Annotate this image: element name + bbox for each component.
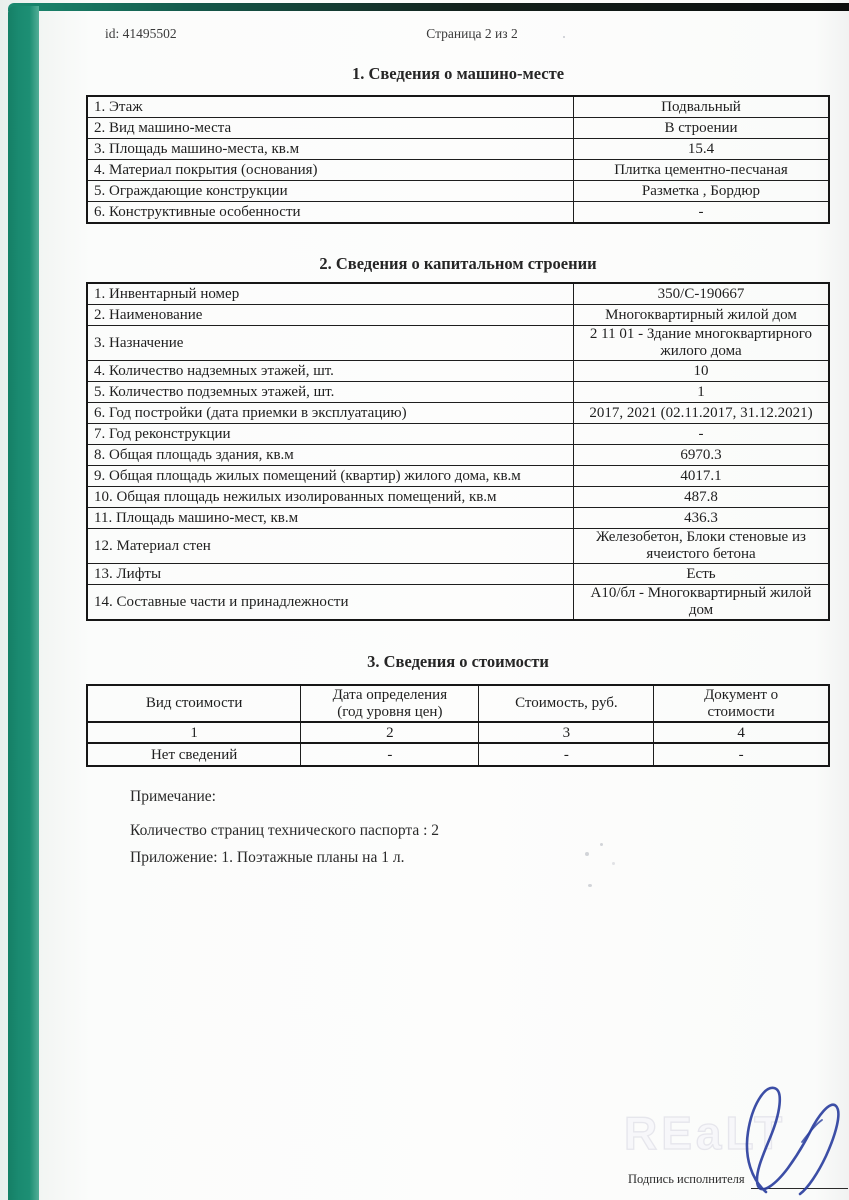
page-indicator: Страница 2 из 2 — [100, 26, 844, 42]
row-label: 6. Конструктивные особенности — [87, 202, 573, 224]
header-cell: Стоимость, руб. — [479, 685, 654, 722]
scan-speck — [612, 862, 615, 865]
table-row: 13. ЛифтыЕсть — [87, 564, 829, 585]
row-value: - — [479, 743, 654, 766]
row-value: 2017, 2021 (02.11.2017, 31.12.2021) — [573, 403, 829, 424]
cost-info-table: Вид стоимости Дата определения(год уровн… — [86, 684, 830, 767]
section3-title: 3. Сведения о стоимости — [86, 652, 830, 672]
note-label: Примечание: — [130, 788, 439, 806]
row-label: 1. Инвентарный номер — [87, 283, 573, 305]
table-row: 3. Площадь машино-места, кв.м15.4 — [87, 139, 829, 160]
table-row: 11. Площадь машино-мест, кв.м436.3 — [87, 508, 829, 529]
header-cell: Дата определения(год уровня цен) — [301, 685, 479, 722]
header-cell: Вид стоимости — [87, 685, 301, 722]
table-row: 12. Материал стенЖелезобетон, Блоки стен… — [87, 529, 829, 564]
attachment-line: Приложение: 1. Поэтажные планы на 1 л. — [130, 849, 439, 867]
row-value: 350/С-190667 — [573, 283, 829, 305]
row-value: А10/бл - Многоквартирный жилой дом — [573, 585, 829, 621]
table-row: 2. НаименованиеМногоквартирный жилой дом — [87, 305, 829, 326]
row-label: 14. Составные части и принадлежности — [87, 585, 573, 621]
row-label: 11. Площадь машино-мест, кв.м — [87, 508, 573, 529]
column-number-row: 1 2 3 4 — [87, 722, 829, 743]
row-label: 4. Материал покрытия (основания) — [87, 160, 573, 181]
row-value: В строении — [573, 118, 829, 139]
row-label: 12. Материал стен — [87, 529, 573, 564]
row-label: 8. Общая площадь здания, кв.м — [87, 445, 573, 466]
handwritten-signature — [736, 1080, 848, 1198]
column-number: 4 — [654, 722, 829, 743]
row-label: 13. Лифты — [87, 564, 573, 585]
table-row: 4. Количество надземных этажей, шт.10 — [87, 361, 829, 382]
table-row: 10. Общая площадь нежилых изолированных … — [87, 487, 829, 508]
table-header-row: Вид стоимости Дата определения(год уровн… — [87, 685, 829, 722]
table-row: 8. Общая площадь здания, кв.м6970.3 — [87, 445, 829, 466]
notes-block: Примечание: Количество страниц техническ… — [130, 788, 439, 867]
table-row: 7. Год реконструкции- — [87, 424, 829, 445]
table-row: 14. Составные части и принадлежностиА10/… — [87, 585, 829, 621]
table-row: 6. Год постройки (дата приемки в эксплуа… — [87, 403, 829, 424]
row-label: 5. Ограждающие конструкции — [87, 181, 573, 202]
row-label: 1. Этаж — [87, 96, 573, 118]
row-label: 7. Год реконструкции — [87, 424, 573, 445]
row-label: 6. Год постройки (дата приемки в эксплуа… — [87, 403, 573, 424]
table-row: Нет сведений - - - — [87, 743, 829, 766]
row-value: 487.8 — [573, 487, 829, 508]
row-value: - — [573, 202, 829, 224]
table-row: 4. Материал покрытия (основания)Плитка ц… — [87, 160, 829, 181]
table-row: 5. Количество подземных этажей, шт.1 — [87, 382, 829, 403]
row-value: 4017.1 — [573, 466, 829, 487]
parking-place-table: 1. ЭтажПодвальный 2. Вид машино-местаВ с… — [86, 95, 830, 224]
row-label: 10. Общая площадь нежилых изолированных … — [87, 487, 573, 508]
column-number: 3 — [479, 722, 654, 743]
column-number: 1 — [87, 722, 301, 743]
signature-label: Подпись исполнителя — [628, 1172, 745, 1189]
row-value: Есть — [573, 564, 829, 585]
row-value: Плитка цементно-песчаная — [573, 160, 829, 181]
section2-title: 2. Сведения о капитальном строении — [86, 254, 830, 274]
row-value: Нет сведений — [87, 743, 301, 766]
book-cover-edge — [8, 6, 39, 1200]
scan-speck — [588, 884, 592, 887]
table-row: 9. Общая площадь жилых помещений (кварти… — [87, 466, 829, 487]
table-row: 6. Конструктивные особенности- — [87, 202, 829, 224]
pages-count-line: Количество страниц технического паспорта… — [130, 822, 439, 840]
row-value: 2 11 01 - Здание многоквартирного жилого… — [573, 326, 829, 361]
scan-speck — [563, 36, 565, 38]
row-label: 3. Площадь машино-места, кв.м — [87, 139, 573, 160]
column-number: 2 — [301, 722, 479, 743]
row-label: 5. Количество подземных этажей, шт. — [87, 382, 573, 403]
row-label: 9. Общая площадь жилых помещений (кварти… — [87, 466, 573, 487]
row-value: - — [573, 424, 829, 445]
row-value: Многоквартирный жилой дом — [573, 305, 829, 326]
section1-title: 1. Сведения о машино-месте — [86, 64, 830, 84]
table-row: 1. Инвентарный номер350/С-190667 — [87, 283, 829, 305]
capital-structure-table: 1. Инвентарный номер350/С-190667 2. Наим… — [86, 282, 830, 621]
row-label: 2. Вид машино-места — [87, 118, 573, 139]
row-value: 6970.3 — [573, 445, 829, 466]
row-value: 10 — [573, 361, 829, 382]
table-row: 1. ЭтажПодвальный — [87, 96, 829, 118]
table-row: 2. Вид машино-местаВ строении — [87, 118, 829, 139]
scan-top-edge — [8, 3, 849, 11]
row-value: 436.3 — [573, 508, 829, 529]
table-row: 3. Назначение2 11 01 - Здание многокварт… — [87, 326, 829, 361]
row-value: Железобетон, Блоки стеновые из ячеистого… — [573, 529, 829, 564]
row-value: 1 — [573, 382, 829, 403]
row-value: Разметка , Бордюр — [573, 181, 829, 202]
scan-speck — [585, 852, 589, 856]
row-value: 15.4 — [573, 139, 829, 160]
table-row: 5. Ограждающие конструкцииРазметка , Бор… — [87, 181, 829, 202]
row-label: 4. Количество надземных этажей, шт. — [87, 361, 573, 382]
header-cell: Документ остоимости — [654, 685, 829, 722]
scan-speck — [600, 843, 603, 846]
row-label: 3. Назначение — [87, 326, 573, 361]
row-value: Подвальный — [573, 96, 829, 118]
row-value: - — [654, 743, 829, 766]
row-value: - — [301, 743, 479, 766]
row-label: 2. Наименование — [87, 305, 573, 326]
